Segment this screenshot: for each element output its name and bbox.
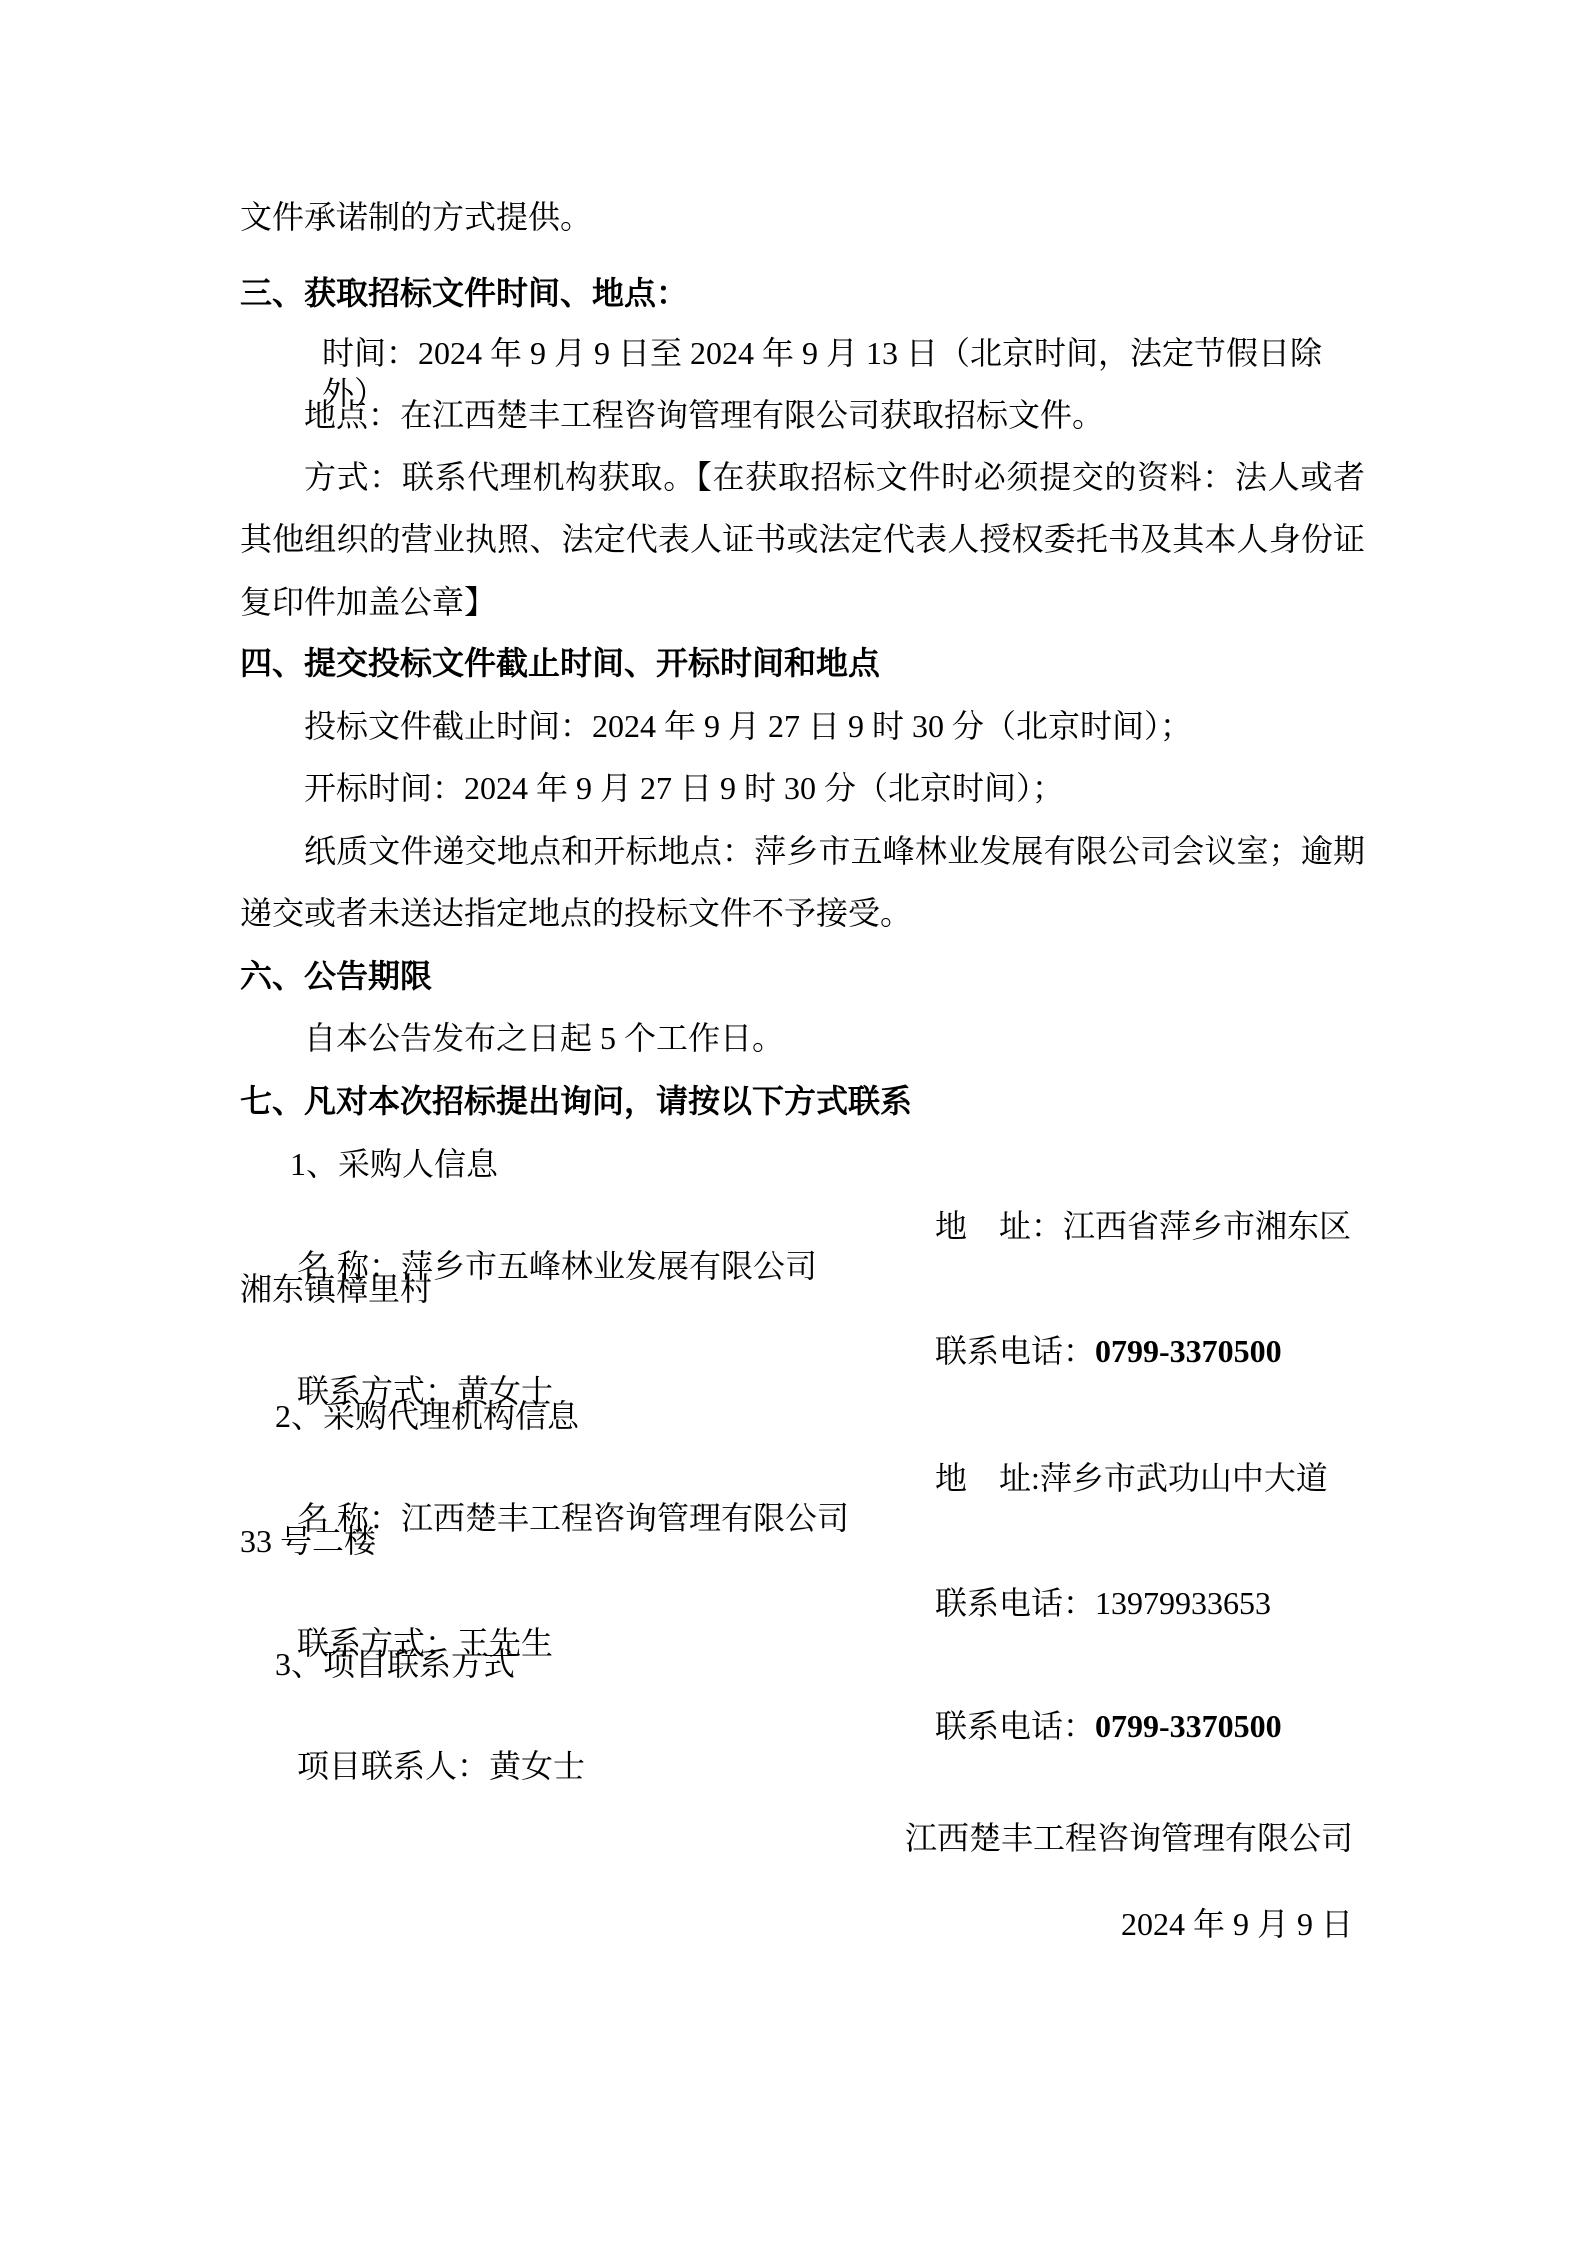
purchaser-title: 1、采购人信息 xyxy=(240,1144,1365,1184)
signature-company: 江西楚丰工程咨询管理有限公司 xyxy=(240,1818,1365,1858)
project-phone: 联系电话：0799-3370500 xyxy=(935,1706,1282,1746)
agency-phone-number: 13979933653 xyxy=(1095,1585,1271,1621)
section4-heading: 四、提交投标文件截止时间、开标时间和地点 xyxy=(240,643,1365,683)
section3-place-line: 地点：在江西楚丰工程咨询管理有限公司获取招标文件。 xyxy=(240,395,1365,435)
purchaser-address-wrap: 湘东镇樟里村 xyxy=(240,1269,1365,1309)
purchaser-address: 地 址：江西省萍乡市湘东区 xyxy=(935,1206,1351,1246)
project-phone-label: 联系电话： xyxy=(935,1708,1095,1744)
document-page: 文件承诺制的方式提供。 三、获取招标文件时间、地点： 时间：2024 年 9 月… xyxy=(0,0,1587,2245)
section3-method-line-3: 复印件加盖公章】 xyxy=(240,582,1365,622)
section4-delivery-line-2: 递交或者未送达指定地点的投标文件不予接受。 xyxy=(240,893,1365,933)
section4-delivery-line-1: 纸质文件递交地点和开标地点：萍乡市五峰林业发展有限公司会议室；逾期 xyxy=(240,831,1365,871)
section3-method-line-1: 方式：联系代理机构获取。【在获取招标文件时必须提交的资料：法人或者 xyxy=(240,457,1365,497)
section6-body: 自本公告发布之日起 5 个工作日。 xyxy=(240,1018,1365,1058)
section4-deadline-line: 投标文件截止时间：2024 年 9 月 27 日 9 时 30 分（北京时间）； xyxy=(240,706,1365,746)
agency-address-wrap: 33 号二楼 xyxy=(240,1521,1365,1561)
section7-heading: 七、凡对本次招标提出询问，请按以下方式联系 xyxy=(240,1081,1365,1121)
purchaser-phone: 联系电话：0799-3370500 xyxy=(935,1331,1282,1371)
section3-heading: 三、获取招标文件时间、地点： xyxy=(240,273,1365,313)
agency-title: 2、采购代理机构信息 xyxy=(240,1396,1365,1436)
signature-date: 2024 年 9 月 9 日 xyxy=(240,1904,1365,1944)
agency-phone: 联系电话：13979933653 xyxy=(935,1583,1271,1623)
agency-phone-label: 联系电话： xyxy=(935,1585,1095,1621)
purchaser-phone-label: 联系电话： xyxy=(935,1333,1095,1369)
project-contact: 项目联系人：黄女士 xyxy=(272,1748,585,1784)
section4-opening-line: 开标时间：2024 年 9 月 27 日 9 时 30 分（北京时间）； xyxy=(240,768,1365,808)
section3-method-line-2: 其他组织的营业执照、法定代表人证书或法定代表人授权委托书及其本人身份证 xyxy=(240,519,1365,559)
section6-heading: 六、公告期限 xyxy=(240,956,1365,996)
agency-address: 地 址:萍乡市武功山中大道 xyxy=(935,1458,1328,1498)
paragraph-continuation: 文件承诺制的方式提供。 xyxy=(240,197,1365,237)
purchaser-phone-number: 0799-3370500 xyxy=(1095,1333,1282,1369)
project-phone-number: 0799-3370500 xyxy=(1095,1708,1282,1744)
project-title: 3、项目联系方式 xyxy=(240,1644,1365,1684)
